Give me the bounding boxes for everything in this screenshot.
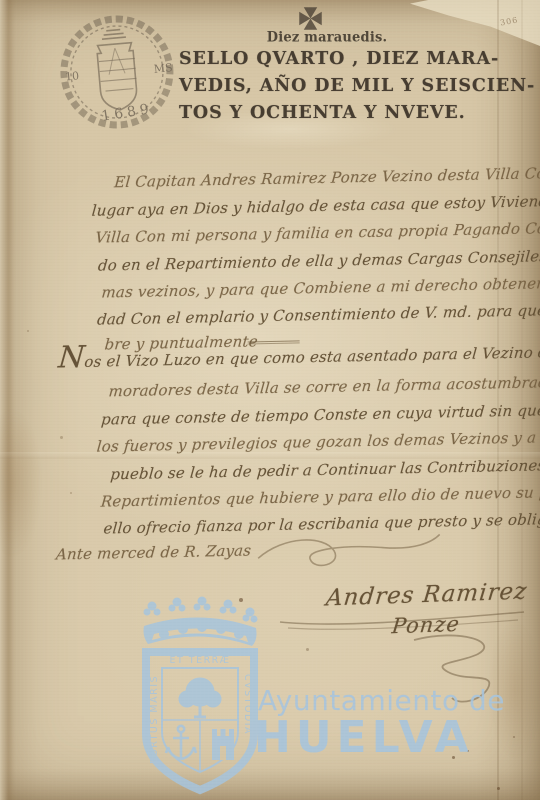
line-end-rubric xyxy=(254,524,445,578)
tree-emblem xyxy=(179,678,221,717)
manuscript-line: Repartimientos que hubiere y para ello d… xyxy=(100,481,540,510)
manuscript-line: para que conste de tiempo Conste en cuya… xyxy=(100,400,540,429)
manuscript-line: Ante merced de R. Zayas xyxy=(55,541,252,563)
manuscript-line: Villa Con mi persona y familia en casa p… xyxy=(95,217,540,246)
manuscript-line: do en el Repartimiento de ella y demas C… xyxy=(97,245,540,274)
shield-motto-right: CVSTODIA xyxy=(242,674,253,735)
manuscript-line: moradores desta Villa se corre en la for… xyxy=(108,372,540,401)
manuscript-line: pueblo se le ha de pedir a Continuar las… xyxy=(110,455,540,484)
manuscript-line: El Capitan Andres Ramirez Ponze Vezino d… xyxy=(113,163,540,191)
shield-motto-top: ET TERRÆ xyxy=(169,655,230,666)
manuscript-line: dad Con el emplario y Consentimiento de … xyxy=(96,299,540,329)
manuscript-line: mas vezinos, y para que Combiene a mi de… xyxy=(101,272,540,302)
huelva-coat-of-arms: ET TERRÆ PORTUS MARIS CVSTODIA xyxy=(134,596,266,798)
manuscript-line: lugar aya en Dios y hidalgo de esta casa… xyxy=(91,191,540,220)
paragraph-end-dash xyxy=(248,340,300,344)
manuscript-line: los fueros y previlegios que gozan los d… xyxy=(96,427,540,456)
watermark-city-name: HUELVA xyxy=(254,712,474,763)
manuscript-page-scan: 10 MS 1689 306 Diez marauedis. SELLO QVA… xyxy=(0,0,540,800)
anchor-emblem xyxy=(166,726,196,759)
shield-motto-left: PORTUS MARIS xyxy=(149,675,160,764)
tower-emblem xyxy=(212,729,234,760)
